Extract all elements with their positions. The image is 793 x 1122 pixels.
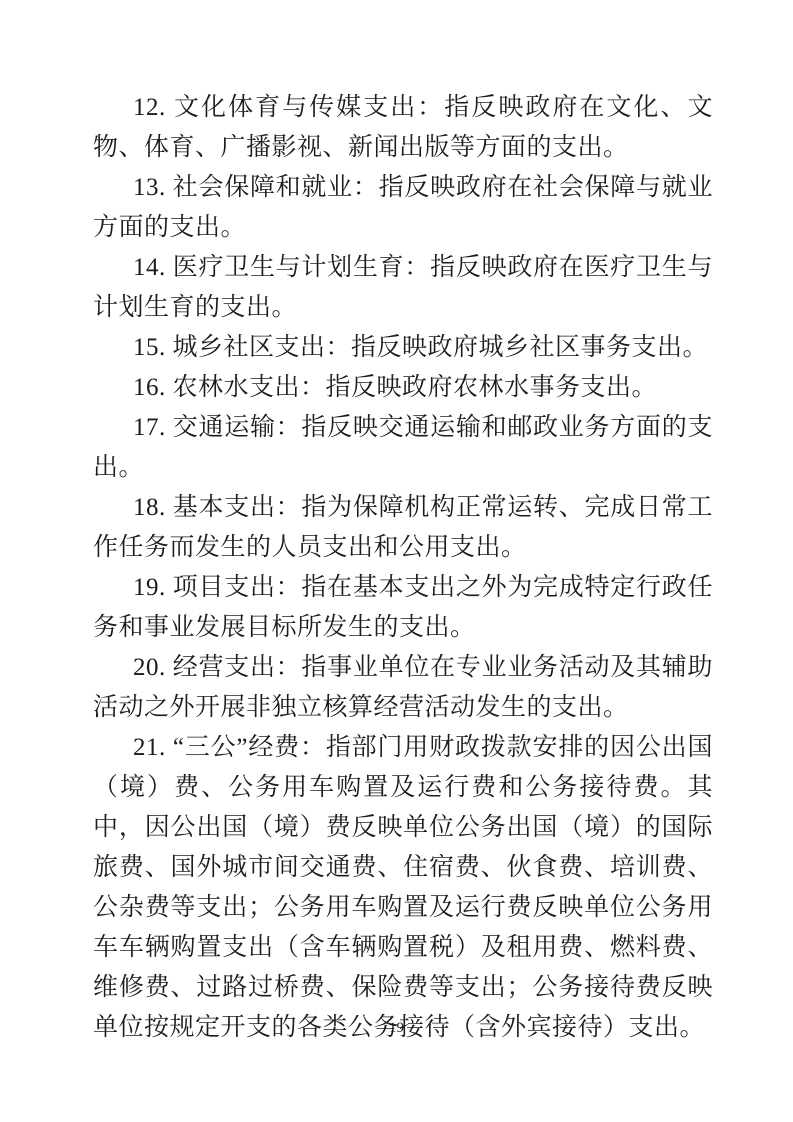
- paragraph-item-15: 15. 城乡社区支出：指反映政府城乡社区事务支出。: [93, 328, 713, 368]
- paragraph-item-19: 19. 项目支出：指在基本支出之外为完成特定行政任务和事业发展目标所发生的支出。: [93, 568, 713, 648]
- paragraph-item-20: 20. 经营支出：指事业单位在专业业务活动及其辅助活动之外开展非独立核算经营活动…: [93, 648, 713, 728]
- page-number: 19: [0, 1020, 793, 1037]
- paragraph-item-17: 17. 交通运输：指反映交通运输和邮政业务方面的支出。: [93, 408, 713, 488]
- paragraph-item-16: 16. 农林水支出：指反映政府农林水事务支出。: [93, 368, 713, 408]
- paragraph-item-18: 18. 基本支出：指为保障机构正常运转、完成日常工作任务而发生的人员支出和公用支…: [93, 488, 713, 568]
- paragraph-item-12: 12. 文化体育与传媒支出：指反映政府在文化、文物、体育、广播影视、新闻出版等方…: [93, 88, 713, 168]
- document-body: 12. 文化体育与传媒支出：指反映政府在文化、文物、体育、广播影视、新闻出版等方…: [93, 88, 713, 1048]
- document-page: 12. 文化体育与传媒支出：指反映政府在文化、文物、体育、广播影视、新闻出版等方…: [0, 0, 793, 1122]
- paragraph-item-13: 13. 社会保障和就业：指反映政府在社会保障与就业方面的支出。: [93, 168, 713, 248]
- paragraph-item-14: 14. 医疗卫生与计划生育：指反映政府在医疗卫生与计划生育的支出。: [93, 248, 713, 328]
- paragraph-item-21: 21. “三公”经费：指部门用财政拨款安排的因公出国（境）费、公务用车购置及运行…: [93, 728, 713, 1048]
